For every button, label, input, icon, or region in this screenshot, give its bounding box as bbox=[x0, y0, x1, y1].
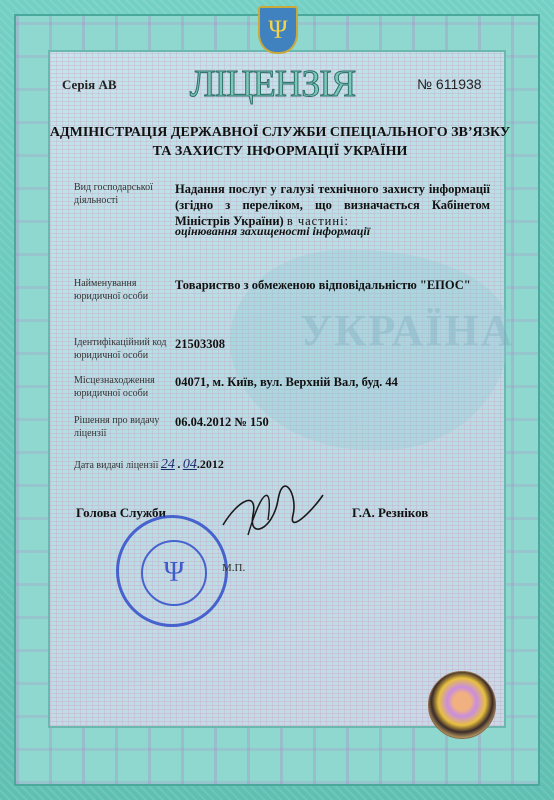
activity-value: Надання послуг у галузі технічного захис… bbox=[175, 181, 490, 229]
location-label: Місцезнаходження юридичної особи bbox=[74, 374, 174, 400]
entity-name-value: Товариство з обмеженою відповідальністю … bbox=[175, 277, 471, 293]
location-value: 04071, м. Київ, вул. Верхній Вал, буд. 4… bbox=[175, 374, 398, 390]
authority-line-1: АДМІНІСТРАЦІЯ ДЕРЖАВНОЇ СЛУЖБИ СПЕЦІАЛЬН… bbox=[40, 123, 520, 142]
trident-icon: Ψ bbox=[141, 540, 207, 606]
issue-year: .2012 bbox=[197, 457, 224, 471]
issue-date: Дата видачі ліцензії 24 . 04.2012 bbox=[74, 457, 224, 473]
official-stamp: Ψ bbox=[116, 515, 228, 627]
signatory-name: Г.А. Резніков bbox=[352, 505, 428, 521]
watermark-text: УКРАЇНА bbox=[300, 305, 514, 356]
issue-date-label: Дата видачі ліцензії bbox=[74, 460, 158, 471]
hologram-sticker bbox=[428, 671, 496, 739]
entity-code-label: Ідентифікаційний код юридичної особи bbox=[74, 336, 174, 362]
license-number: № 611938 bbox=[417, 76, 482, 92]
decision-value: 06.04.2012 № 150 bbox=[175, 414, 269, 430]
activity-label: Вид господарської діяльності bbox=[74, 181, 174, 207]
entity-code-value: 21503308 bbox=[175, 336, 225, 352]
activity-scope: оцінювання захищеності інформації bbox=[175, 223, 370, 239]
issue-day: 24 bbox=[161, 457, 175, 472]
issuing-authority: АДМІНІСТРАЦІЯ ДЕРЖАВНОЇ СЛУЖБИ СПЕЦІАЛЬН… bbox=[40, 123, 520, 161]
entity-name-label: Найменування юридичної особи bbox=[74, 277, 174, 303]
stamp-label: М.П. bbox=[222, 562, 245, 574]
issue-month: 04 bbox=[183, 457, 197, 472]
series-label: Серія АВ bbox=[62, 77, 117, 93]
authority-line-2: ТА ЗАХИСТУ ІНФОРМАЦІЇ УКРАЇНИ bbox=[40, 142, 520, 161]
decision-label: Рішення про видачу ліцензії bbox=[74, 414, 174, 440]
signature bbox=[218, 480, 328, 540]
trident-icon: Ψ bbox=[258, 6, 298, 54]
document-title: ЛІЦЕНЗІЯ bbox=[185, 62, 360, 106]
